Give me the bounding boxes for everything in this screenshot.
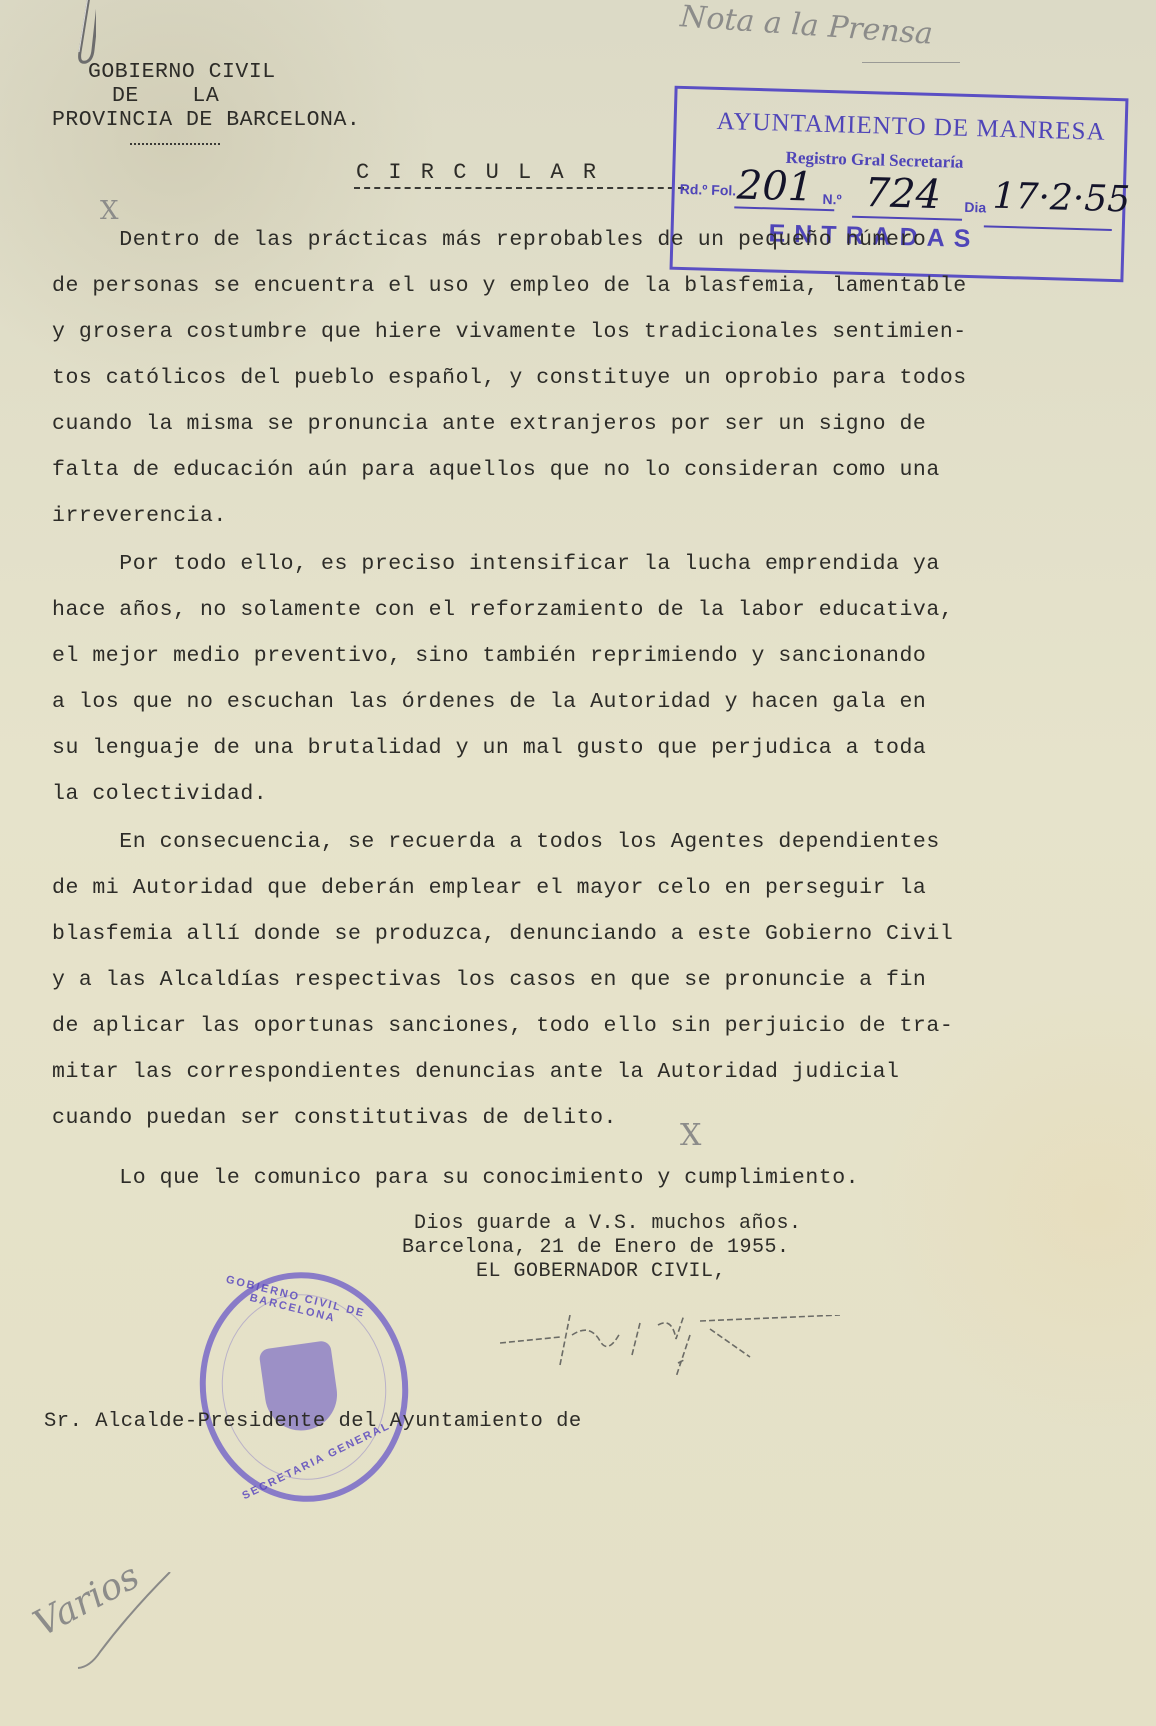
closing-blessing: Dios guarde a V.S. muchos años. — [414, 1212, 802, 1235]
official-seal: GOBIERNO CIVIL DE BARCELONA SECRETARIA G… — [185, 1259, 423, 1516]
body-line: a los que no escuchan las órdenes de la … — [52, 690, 926, 714]
margin-mark-x: X — [680, 1118, 701, 1153]
body-line: de personas se encuentra el uso y empleo… — [52, 274, 967, 298]
pencil-note-top: Nota a la Prensa — [679, 0, 934, 52]
closing-place-date: Barcelona, 21 de Enero de 1955. — [402, 1236, 790, 1259]
registry-stamp: AYUNTAMIENTO DE MANRESA Registro Gral Se… — [670, 86, 1129, 283]
pencil-flourish — [70, 1572, 180, 1677]
letterhead-line-3: PROVINCIA DE BARCELONA. — [52, 108, 360, 132]
registry-num-line — [852, 216, 962, 221]
body-line: irreverencia. — [52, 504, 227, 528]
registry-date-line — [984, 225, 1112, 231]
body-line: En consecuencia, se recuerda a todos los… — [52, 830, 940, 854]
body-line: hace años, no solamente con el reforzami… — [52, 598, 953, 622]
body-line: el mejor medio preventivo, sino también … — [52, 644, 926, 668]
registry-date-value: 17·2·55 — [992, 176, 1131, 221]
body-line: blasfemia allí donde se produzca, denunc… — [52, 922, 953, 946]
body-line: Dentro de las prácticas más reprobables … — [52, 228, 926, 252]
body-line: mitar las correspondientes denuncias ant… — [52, 1060, 899, 1084]
letterhead-line-1: GOBIERNO CIVIL — [88, 60, 276, 84]
body-line: su lenguaje de una brutalidad y un mal g… — [52, 736, 926, 760]
body-line: la colectividad. — [52, 782, 267, 806]
signatory-title: EL GOBERNADOR CIVIL, — [476, 1260, 726, 1283]
body-line: tos católicos del pueblo español, y cons… — [52, 366, 967, 390]
body-line: de aplicar las oportunas sanciones, todo… — [52, 1014, 953, 1038]
body-line: falta de educación aún para aquellos que… — [52, 458, 940, 482]
registry-fol-label: Rd.º Fol. — [680, 181, 737, 199]
registry-fol-value: 201 — [736, 162, 814, 210]
body-line: cuando puedan ser constitutivas de delit… — [52, 1106, 617, 1130]
title-underline — [354, 187, 684, 189]
document-title: C I R C U L A R — [356, 160, 599, 185]
pencil-underline — [862, 62, 960, 63]
letterhead-line-2: DE LA — [112, 84, 219, 108]
registry-date-label: Dia — [964, 199, 986, 216]
registry-num-label: N.º — [822, 191, 842, 208]
body-line: Por todo ello, es preciso intensificar l… — [52, 552, 940, 576]
letterhead-rule — [130, 143, 220, 145]
body-line: y a las Alcaldías respectivas los casos … — [52, 968, 926, 992]
body-line: Lo que le comunico para su conocimiento … — [52, 1166, 859, 1190]
body-line: de mi Autoridad que deberán emplear el m… — [52, 876, 926, 900]
registry-stamp-title: AYUNTAMIENTO DE MANRESA — [716, 108, 1106, 147]
governor-signature — [500, 1315, 840, 1395]
body-line: cuando la misma se pronuncia ante extran… — [52, 412, 926, 436]
margin-mark-x: X — [100, 196, 119, 226]
addressee: Sr. Alcalde-Presidente del Ayuntamiento … — [44, 1410, 582, 1433]
registry-num-value: 724 — [864, 170, 942, 218]
body-line: y grosera costumbre que hiere vivamente … — [52, 320, 967, 344]
registry-fol-line — [734, 206, 834, 211]
